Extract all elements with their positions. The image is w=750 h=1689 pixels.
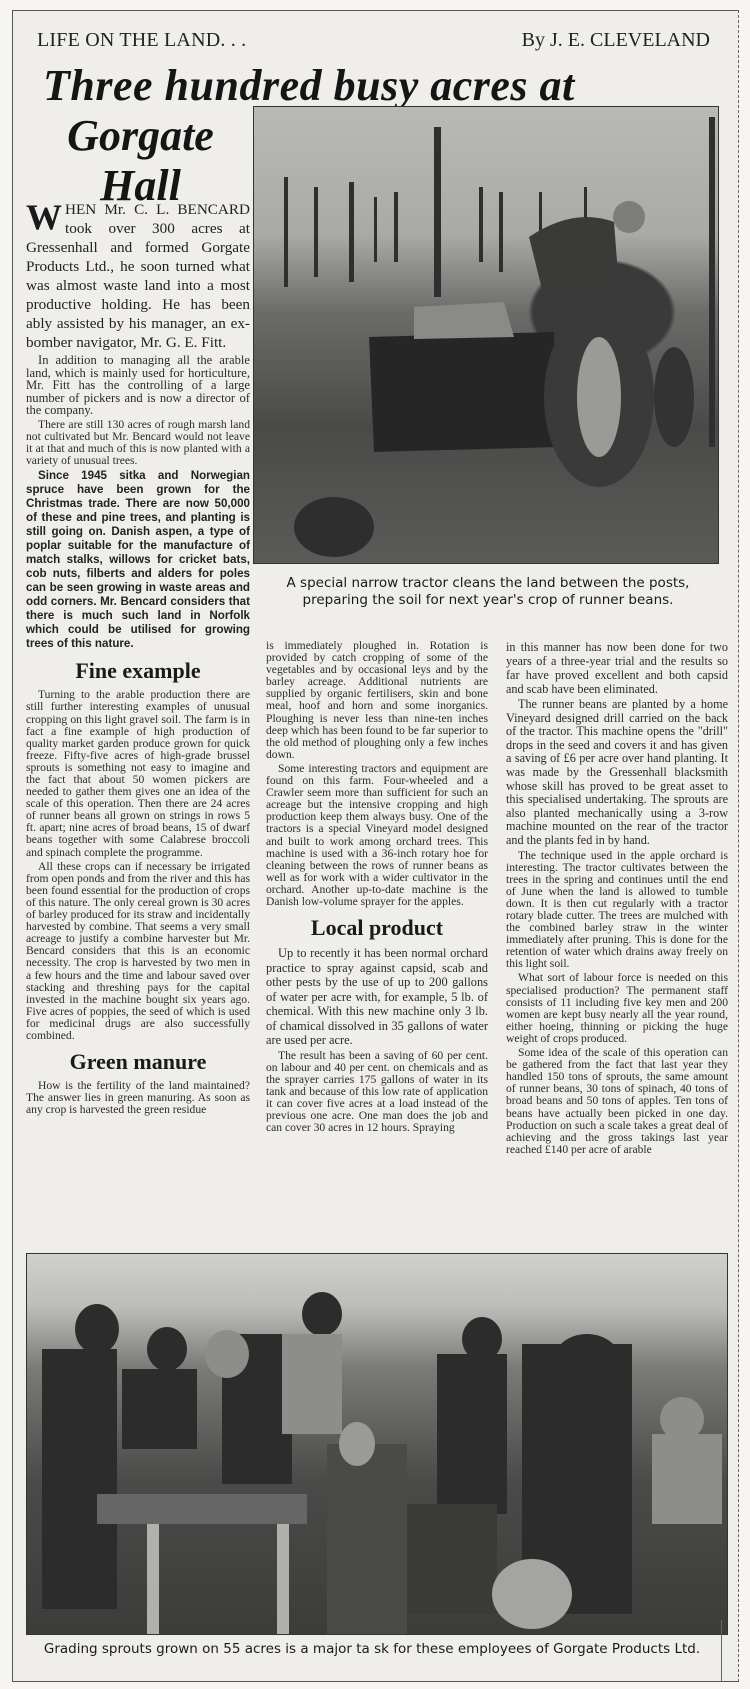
headline-line-2: Gorgate Hall (33, 111, 248, 211)
tractor-photo (253, 106, 719, 564)
subheading: Fine example (26, 656, 250, 686)
headline-line-1: Three hundred busy acres at (43, 61, 733, 111)
sprouts-photo (26, 1253, 728, 1635)
paragraph: Turning to the arable production there a… (26, 689, 250, 858)
torn-edge (721, 1620, 740, 1682)
paragraph: Some idea of the scale of this operation… (506, 1047, 728, 1156)
paragraph: The runner beans are planted by a home V… (506, 698, 728, 848)
article-column-1: WHEN Mr. C. L. BENCARD took over 300 acr… (26, 200, 250, 1118)
subheading: Local product (266, 913, 488, 943)
lead-paragraph: WHEN Mr. C. L. BENCARD took over 300 acr… (26, 200, 250, 352)
article-column-2: is immediately ploughed in. Rotation is … (266, 640, 488, 1136)
paragraph: What sort of labour force is needed on t… (506, 972, 728, 1045)
drop-cap: W (26, 203, 62, 231)
photo-icon (27, 1254, 727, 1634)
paragraph: Some interesting tractors and equipment … (266, 763, 488, 908)
paragraph: is immediately ploughed in. Rotation is … (266, 640, 488, 761)
article-column-3: in this manner has now been done for two… (506, 640, 728, 1158)
paragraph: The result has been a saving of 60 per c… (266, 1050, 488, 1135)
paragraph: All these crops can if necessary be irri… (26, 861, 250, 1042)
paragraph: Up to recently it has been normal orchar… (266, 946, 488, 1048)
byline: By J. E. CLEVELAND (522, 29, 710, 52)
bold-paragraph: Since 1945 sitka and Norwegian spruce ha… (26, 469, 250, 651)
paragraph: There are still 130 acres of rough marsh… (26, 419, 250, 467)
paragraph: In addition to managing all the arable l… (26, 354, 250, 417)
section-kicker: LIFE ON THE LAND. . . (37, 29, 246, 52)
photo-icon (254, 107, 718, 563)
subheading: Green manure (26, 1047, 250, 1077)
sprouts-photo-caption: Grading sprouts grown on 55 acres is a m… (22, 1641, 722, 1658)
paragraph: The technique used in the apple orchard … (506, 850, 728, 971)
tractor-photo-caption: A special narrow tractor cleans the land… (253, 575, 723, 609)
paragraph: in this manner has now been done for two… (506, 640, 728, 696)
paragraph: How is the fertility of the land maintai… (26, 1080, 250, 1116)
